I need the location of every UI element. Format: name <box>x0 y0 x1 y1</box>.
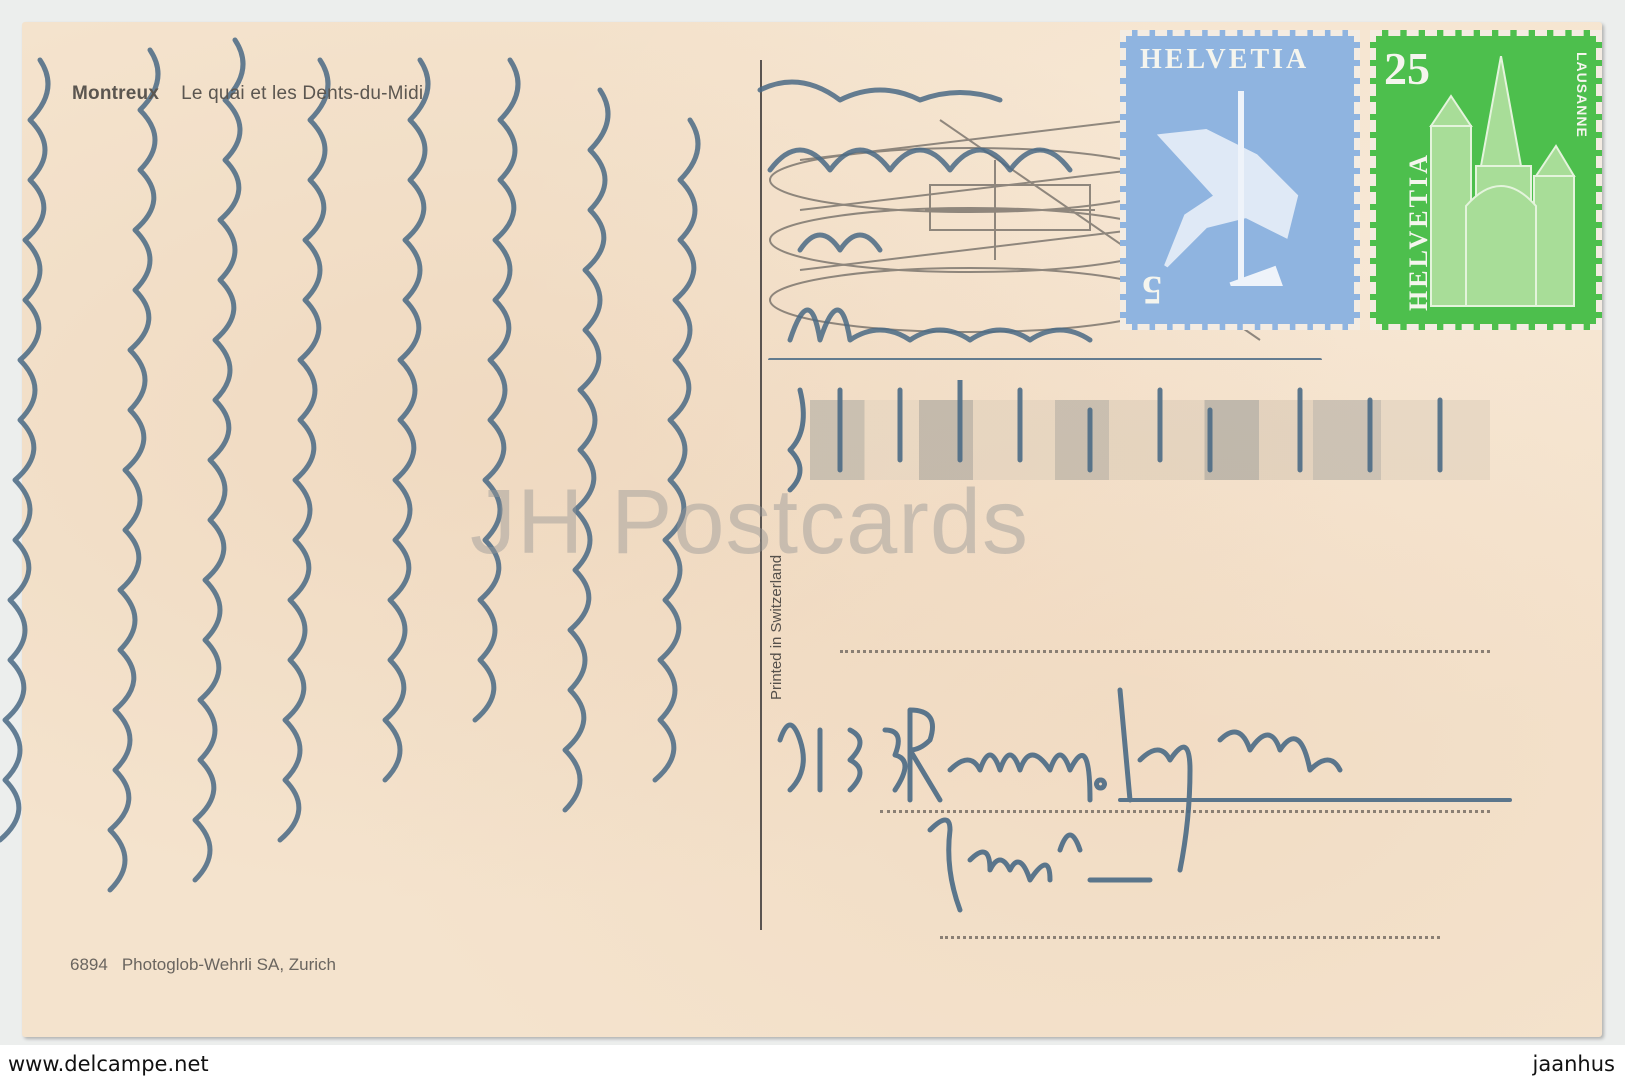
publisher-number: 6894 <box>70 955 108 974</box>
printed-caption: MontreuxLe quai et les Dents-du-Midi <box>72 83 423 105</box>
cathedral-icon <box>1426 56 1576 316</box>
stamp-25-rappen: 25 HELVETIA LAUSANNE <box>1370 30 1602 330</box>
watermark-text: JH Postcards <box>470 470 1029 575</box>
stamp-5-rappen: HELVETIA 5 <box>1120 30 1360 330</box>
stamp-country: HELVETIA <box>1140 44 1309 76</box>
stamp-city: LAUSANNE <box>1574 52 1590 138</box>
caption-title: Le quai et les Dents-du-Midi <box>181 83 423 104</box>
footer-seller-name[interactable]: jaanhus <box>1533 1052 1615 1076</box>
handwritten-address <box>760 380 1620 940</box>
caption-place: Montreux <box>72 83 159 104</box>
stamp-value: 5 <box>1142 267 1162 314</box>
stamp-value: 25 <box>1384 42 1430 95</box>
messenger-figure-icon <box>1146 86 1346 286</box>
publisher-imprint: 6894Photoglob-Wehrli SA, Zurich <box>70 955 336 975</box>
footer-site-link[interactable]: www.delcampe.net <box>8 1052 209 1076</box>
publisher-name: Photoglob-Wehrli SA, Zurich <box>122 955 336 974</box>
